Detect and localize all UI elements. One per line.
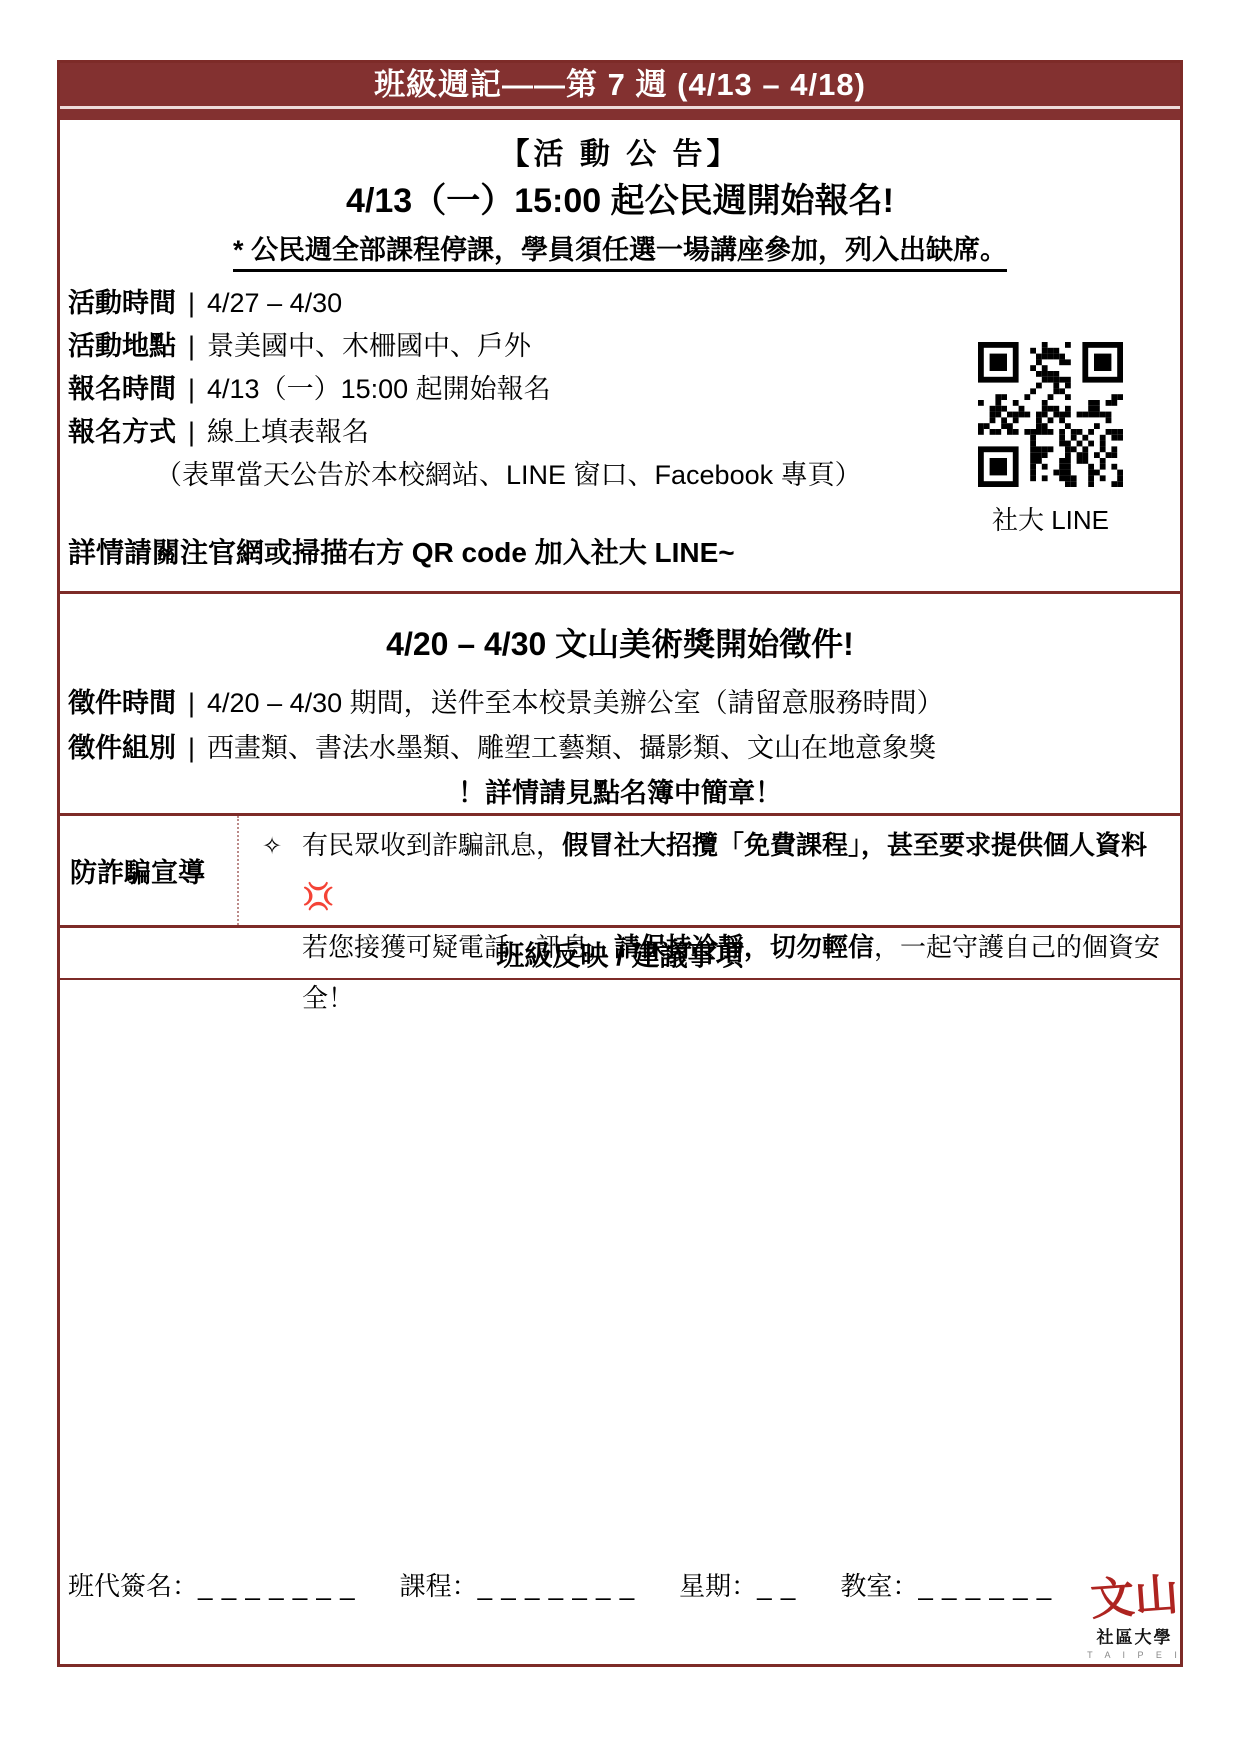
field-label: 活動時間 bbox=[68, 288, 176, 318]
school-logo: 文山 社區大學 T A I P E I bbox=[1082, 1575, 1187, 1660]
art-award-field-row: 徵件時間|4/20 – 4/30 期間，送件至本校景美辦公室（請留意服務時間） bbox=[68, 683, 944, 723]
document-title-bar: 班級週記——第 7 週 (4/13 – 4/18) bbox=[60, 63, 1180, 106]
activity-title: 4/13（一）15:00 起公民週開始報名! bbox=[60, 173, 1180, 222]
signature-line: 班代簽名：_ _ _ _ _ _ _ 課程：_ _ _ _ _ _ _ 星期：_… bbox=[68, 1566, 1052, 1603]
fraud-text-bold: 假冒社大招攬「免費課程」，甚至要求提供個人資料 bbox=[562, 830, 1147, 860]
field-label: 報名方式 bbox=[68, 417, 176, 447]
activity-field-row: 活動地點|景美國中、木柵國中、戶外 bbox=[68, 326, 531, 366]
qr-code bbox=[978, 342, 1123, 487]
art-award-footer: ！詳情請見點名簿中簡章！ bbox=[60, 771, 1180, 810]
signature-blank: _ _ _ _ _ _ _ bbox=[198, 1571, 356, 1601]
activity-subtitle: * 公民週全部課程停課，學員須任選一場講座參加，列入出缺席。 bbox=[60, 228, 1180, 267]
activity-field-row: 活動時間|4/27 – 4/30 bbox=[68, 283, 342, 323]
logo-school-name: 社區大學 bbox=[1082, 1623, 1187, 1648]
section-divider bbox=[60, 591, 1180, 594]
signature-blank: _ _ _ _ _ _ bbox=[918, 1571, 1052, 1601]
signature-item: 課程：_ _ _ _ _ _ _ bbox=[400, 1566, 636, 1603]
activity-field-row: 報名方式|線上填表報名 bbox=[68, 412, 369, 452]
fraud-prevention-label: 防詐騙宣導 bbox=[70, 816, 230, 925]
signature-blank: _ _ bbox=[757, 1571, 796, 1601]
feedback-blank-area bbox=[60, 980, 1180, 1664]
field-separator: | bbox=[188, 688, 195, 718]
feedback-section-title: 班級反映 / 建議事項 bbox=[60, 936, 1180, 976]
activity-note: （表單當天公告於本校網站、LINE 窗口、Facebook 專頁） bbox=[155, 455, 862, 495]
art-award-title: 4/20 – 4/30 文山美術獎開始徵件! bbox=[60, 619, 1180, 665]
fraud-line-1: ✧ 有民眾收到詐騙訊息，假冒社大招攬「免費課程」，甚至要求提供個人資料 💢 bbox=[262, 820, 1172, 922]
dotted-cell-divider bbox=[237, 816, 239, 925]
weekly-report-document: 班級週記——第 7 週 (4/13 – 4/18) 【活 動 公 告】 4/13… bbox=[57, 60, 1183, 1667]
field-separator: | bbox=[188, 331, 195, 361]
anger-symbol-icon: 💢 bbox=[302, 881, 334, 911]
field-value: 西畫類、書法水墨類、雕塑工藝類、攝影類、文山在地意象獎 bbox=[207, 733, 936, 763]
field-value: 4/20 – 4/30 期間，送件至本校景美辦公室（請留意服務時間） bbox=[207, 688, 944, 718]
signature-blank: _ _ _ _ _ _ _ bbox=[478, 1571, 636, 1601]
activity-footer: 詳情請關注官網或掃描右方 QR code 加入社大 LINE~ bbox=[68, 531, 735, 571]
signature-item: 教室：_ _ _ _ _ _ bbox=[840, 1566, 1052, 1603]
field-value: 景美國中、木柵國中、戶外 bbox=[207, 331, 531, 361]
field-separator: | bbox=[188, 733, 195, 763]
field-value: 4/27 – 4/30 bbox=[207, 288, 342, 318]
field-separator: | bbox=[188, 374, 195, 404]
activity-field-row: 報名時間|4/13（一）15:00 起開始報名 bbox=[68, 369, 551, 409]
fraud-prevention-row: 防詐騙宣導 ✧ 有民眾收到詐騙訊息，假冒社大招攬「免費課程」，甚至要求提供個人資… bbox=[60, 816, 1180, 925]
section-divider bbox=[60, 925, 1180, 928]
qr-caption: 社大 LINE bbox=[953, 500, 1148, 537]
field-separator: | bbox=[188, 417, 195, 447]
fraud-text: 有民眾收到詐騙訊息， bbox=[302, 830, 562, 860]
header-strip bbox=[60, 109, 1180, 120]
sparkle-bullet-icon: ✧ bbox=[262, 821, 302, 872]
field-label: 報名時間 bbox=[68, 374, 176, 404]
signature-item: 班代簽名：_ _ _ _ _ _ _ bbox=[68, 1566, 356, 1603]
field-label: 徵件時間 bbox=[68, 688, 176, 718]
field-value: 4/13（一）15:00 起開始報名 bbox=[207, 374, 551, 404]
activity-section-heading: 【活 動 公 告】 bbox=[60, 129, 1180, 173]
document-title: 班級週記——第 7 週 (4/13 – 4/18) bbox=[374, 67, 866, 102]
field-value: 線上填表報名 bbox=[207, 417, 369, 447]
art-award-field-row: 徵件組別|西畫類、書法水墨類、雕塑工藝類、攝影類、文山在地意象獎 bbox=[68, 728, 936, 768]
logo-wenshan-mark: 文山 bbox=[1081, 1571, 1189, 1624]
field-label: 活動地點 bbox=[68, 331, 176, 361]
field-label: 徵件組別 bbox=[68, 733, 176, 763]
logo-taipei-caption: T A I P E I bbox=[1082, 1650, 1187, 1660]
signature-item: 星期：_ _ bbox=[679, 1566, 796, 1603]
field-separator: | bbox=[188, 288, 195, 318]
